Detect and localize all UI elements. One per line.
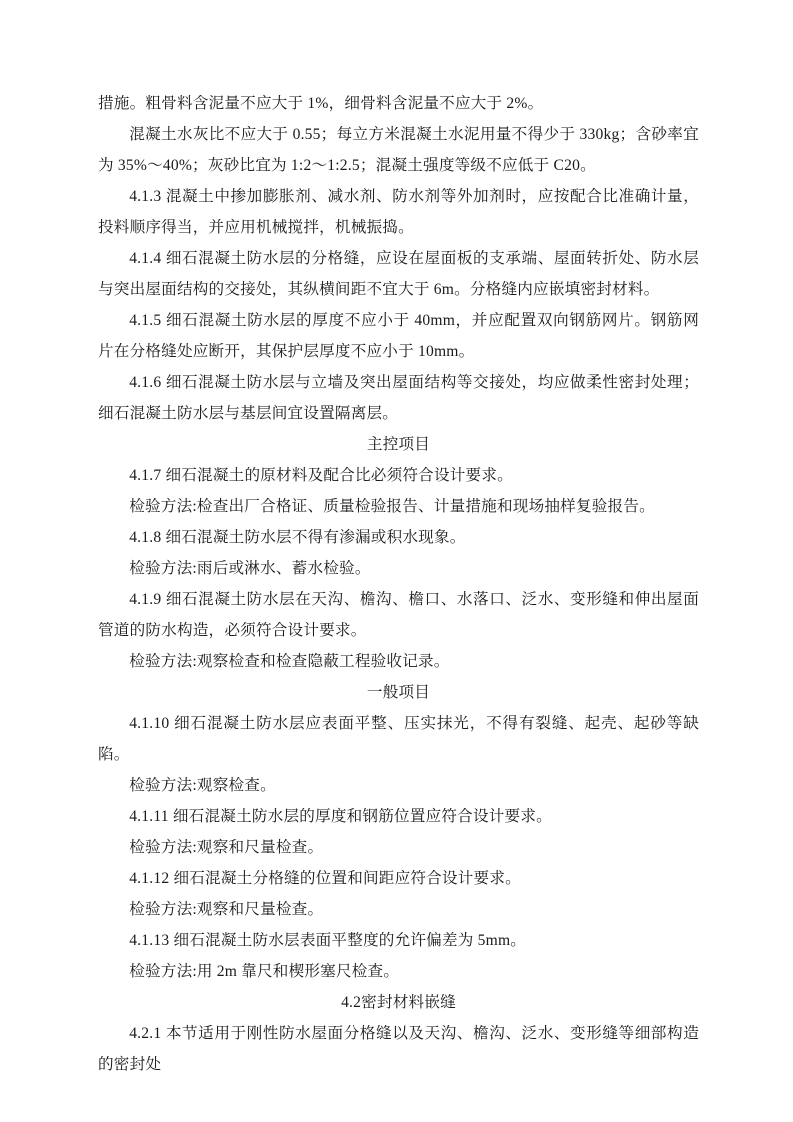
paragraph: 4.1.13 细石混凝土防水层表面平整度的允许偏差为 5mm。 — [98, 925, 699, 956]
paragraph: 4.1.11 细石混凝土防水层的厚度和钢筋位置应符合设计要求。 — [98, 801, 699, 832]
paragraph: 4.1.5 细石混凝土防水层的厚度不应小于 40mm，并应配置双向钢筋网片。钢筋… — [98, 305, 699, 367]
paragraph: 检验方法:观察和尺量检查。 — [98, 832, 699, 863]
document-page: 措施。粗骨料含泥量不应大于 1%，细骨料含泥量不应大于 2%。混凝土水灰比不应大… — [0, 0, 793, 1122]
paragraph: 4.1.4 细石混凝土防水层的分格缝，应设在屋面板的支承端、屋面转折处、防水层与… — [98, 243, 699, 305]
paragraph: 4.1.3 混凝土中掺加膨胀剂、减水剂、防水剂等外加剂时，应按配合比准确计量，投… — [98, 181, 699, 243]
section-heading: 主控项目 — [98, 429, 699, 460]
paragraph: 4.1.7 细石混凝土的原材料及配合比必须符合设计要求。 — [98, 460, 699, 491]
paragraph: 检验方法:检查出厂合格证、质量检验报告、计量措施和现场抽样复验报告。 — [98, 491, 699, 522]
paragraph: 检验方法:用 2m 靠尺和楔形塞尺检查。 — [98, 956, 699, 987]
paragraph: 检验方法:观察检查。 — [98, 770, 699, 801]
paragraph: 4.1.8 细石混凝土防水层不得有渗漏或积水现象。 — [98, 522, 699, 553]
paragraph: 4.1.10 细石混凝土防水层应表面平整、压实抹光，不得有裂缝、起壳、起砂等缺陷… — [98, 708, 699, 770]
paragraph: 混凝土水灰比不应大于 0.55；每立方米混凝土水泥用量不得少于 330kg；含砂… — [98, 119, 699, 181]
paragraph: 检验方法:观察检查和检查隐蔽工程验收记录。 — [98, 646, 699, 677]
paragraph: 4.1.6 细石混凝土防水层与立墙及突出屋面结构等交接处，均应做柔性密封处理；细… — [98, 367, 699, 429]
section-heading: 4.2密封材料嵌缝 — [98, 987, 699, 1018]
section-heading: 一般项目 — [98, 677, 699, 708]
document-body-text: 措施。粗骨料含泥量不应大于 1%，细骨料含泥量不应大于 2%。混凝土水灰比不应大… — [98, 88, 699, 1080]
paragraph: 检验方法:雨后或淋水、蓄水检验。 — [98, 553, 699, 584]
paragraph: 检验方法:观察和尺量检查。 — [98, 894, 699, 925]
paragraph: 4.1.12 细石混凝土分格缝的位置和间距应符合设计要求。 — [98, 863, 699, 894]
paragraph: 4.2.1 本节适用于刚性防水屋面分格缝以及天沟、檐沟、泛水、变形缝等细部构造的… — [98, 1018, 699, 1080]
paragraph: 4.1.9 细石混凝土防水层在天沟、檐沟、檐口、水落口、泛水、变形缝和伸出屋面管… — [98, 584, 699, 646]
paragraph: 措施。粗骨料含泥量不应大于 1%，细骨料含泥量不应大于 2%。 — [98, 88, 699, 119]
